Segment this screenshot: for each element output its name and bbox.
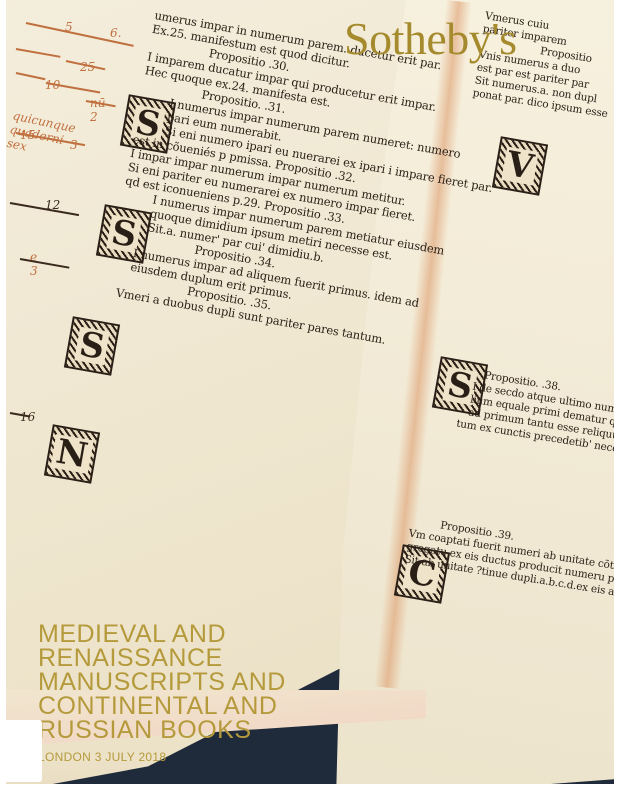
library-sticker	[6, 720, 42, 782]
scan-border-bottom	[0, 784, 618, 800]
scan-border-left	[0, 0, 6, 800]
decorated-initial-s: S	[64, 316, 120, 376]
catalog-title: MEDIEVAL AND RENAISSANCE MANUSCRIPTS AND…	[38, 622, 286, 742]
scan-border-right	[614, 0, 618, 800]
decorated-initial-n: N	[44, 424, 100, 484]
catalog-cover: 5 6. 25 10 nū 2 quicunque quaderni sex 1…	[6, 0, 614, 784]
decorated-initial-v: V	[492, 136, 548, 196]
sale-location-date: LONDON 3 JULY 2018	[38, 750, 166, 764]
sothebys-logo: Sotheby's	[344, 12, 516, 65]
